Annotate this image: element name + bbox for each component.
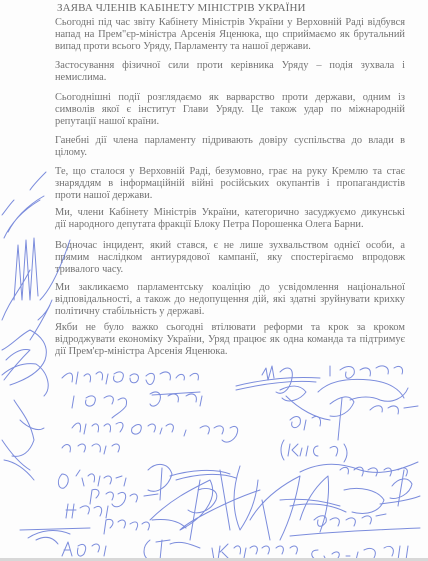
text-line: випад проти всього Уряду, Парламенту та … <box>55 41 405 53</box>
text-line: тривалого часу. <box>55 264 405 276</box>
paragraph-5: Те, що сталося у Верховній Раді, безумов… <box>55 166 405 203</box>
text-line: проти нашої держави. <box>55 190 405 202</box>
text-line: немислима. <box>55 72 405 84</box>
text-line: знаряддям в інформаційній війні російськ… <box>55 178 405 190</box>
text-line: цілому. <box>55 147 405 159</box>
text-line: Водночас інцидент, який стався, є не лиш… <box>55 240 405 252</box>
paragraph-7: Водночас інцидент, який стався, є не лиш… <box>55 240 405 277</box>
text-line: Сьогоднішні події розглядаємо як варварс… <box>55 92 405 104</box>
text-line: Застосування фізичної сили проти керівни… <box>55 60 405 72</box>
paragraph-6: Ми, члени Кабінету Міністрів України, ка… <box>55 207 405 231</box>
text-line: прямим наслідком антиурядової кампанії, … <box>55 252 405 264</box>
text-line: Ми, члени Кабінету Міністрів України, ка… <box>55 207 405 219</box>
paragraph-4: Ганебні дії члена парламенту підривають … <box>55 135 405 159</box>
paragraph-3: Сьогоднішні події розглядаємо як варварс… <box>55 92 405 129</box>
text-line: відповідальності, а також до недопущення… <box>55 294 405 306</box>
text-line: Якби не було важко сьогодні втілювати ре… <box>55 322 405 334</box>
text-line: репутації нашої країни. <box>55 116 405 128</box>
paragraph-2: Застосування фізичної сили проти керівни… <box>55 60 405 84</box>
text-line: Ганебні дії члена парламенту підривають … <box>55 135 405 147</box>
text-line: дії Прем'єр-міністра Арсенія Яценюка. <box>55 346 405 358</box>
paragraph-8: Ми закликаємо парламентську коаліцію до … <box>55 282 405 319</box>
text-line: Сьогодні під час звіту Кабінету Міністрі… <box>55 17 405 29</box>
text-line: Ми закликаємо парламентську коаліцію до … <box>55 282 405 294</box>
text-line: Те, що сталося у Верховній Раді, безумов… <box>55 166 405 178</box>
paragraph-1: Сьогодні під час звіту Кабінету Міністрі… <box>55 17 405 54</box>
paragraph-9: Якби не було важко сьогодні втілювати ре… <box>55 322 405 359</box>
document-title: ЗАЯВА ЧЛЕНІВ КАБІНЕТУ МІНІСТРІВ УКРАЇНИ <box>57 2 306 14</box>
text-line: напад на Прем"єр-міністра Арсенія Яценюк… <box>55 29 405 41</box>
text-line: відроджувати економіку України, Уряд пра… <box>55 334 405 346</box>
text-line: політичну стабільність у державі. <box>55 306 405 318</box>
scanned-document-page: ЗАЯВА ЧЛЕНІВ КАБІНЕТУ МІНІСТРІВ УКРАЇНИ … <box>0 0 428 561</box>
text-line: дії народного депутата фракції Блоку Пет… <box>55 219 405 231</box>
text-line: символів якої є інститут Глави Уряду. Це… <box>55 104 405 116</box>
